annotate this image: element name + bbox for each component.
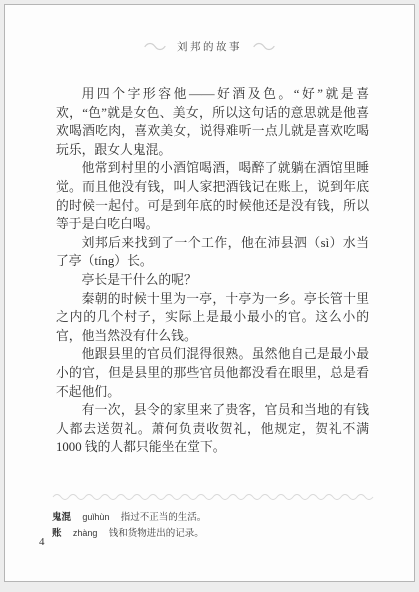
footnote-term: 鬼混 <box>52 513 71 523</box>
squiggle-left-icon <box>143 42 167 51</box>
footnote-pinyin: guǐhùn <box>82 512 109 522</box>
squiggle-right-icon <box>252 42 276 51</box>
footnote-definition: 钱和货物进出的记录。 <box>109 529 204 539</box>
footnote-definition: 指过不正当的生活。 <box>121 513 207 523</box>
book-page: 刘邦的故事 用四个字形容他——好酒及色。“好”就是喜欢，“色”就是女色、美女，所… <box>4 4 415 582</box>
page-title: 刘邦的故事 <box>177 39 242 54</box>
page-header: 刘邦的故事 <box>5 39 414 54</box>
body-text: 用四个字形容他——好酒及色。“好”就是喜欢，“色”就是女色、美女，所以这句话的意… <box>56 85 369 457</box>
paragraph: 用四个字形容他——好酒及色。“好”就是喜欢，“色”就是女色、美女，所以这句话的意… <box>56 85 369 159</box>
paragraph: 有一次，县令的家里来了贵客，官员和当地的有钱人都去送贺礼。萧何负责收贺礼，他规定… <box>56 401 369 457</box>
footnote-pinyin: zhàng <box>73 528 98 538</box>
footnote-item: 鬼混 guǐhùn 指过不正当的生活。 <box>52 510 374 526</box>
footnote-term: 账 <box>52 529 62 539</box>
footnote-block: 鬼混 guǐhùn 指过不正当的生活。 账 zhàng 钱和货物进出的记录。 <box>52 487 374 542</box>
wavy-separator-icon <box>52 487 374 505</box>
paragraph: 秦朝的时候十里为一亭，十亭为一乡。亭长管十里之内的几个村子，实际上是最小最小的官… <box>56 290 369 346</box>
paragraph: 他常到村里的小酒馆喝酒，喝醉了就躺在酒馆里睡觉。而且他没有钱，叫人家把酒钱记在账… <box>56 159 369 233</box>
paragraph: 他跟县里的官员们混得很熟。虽然他自己是最小最小的官，但是县里的那些官员他都没看在… <box>56 345 369 401</box>
paragraph: 刘邦后来找到了一个工作，他在沛县泗（sì）水当了亭（tíng）长。 <box>56 234 369 271</box>
footnote-item: 账 zhàng 钱和货物进出的记录。 <box>52 526 374 542</box>
paragraph: 亭长是干什么的呢？ <box>56 271 369 290</box>
page-number: 4 <box>39 536 45 548</box>
